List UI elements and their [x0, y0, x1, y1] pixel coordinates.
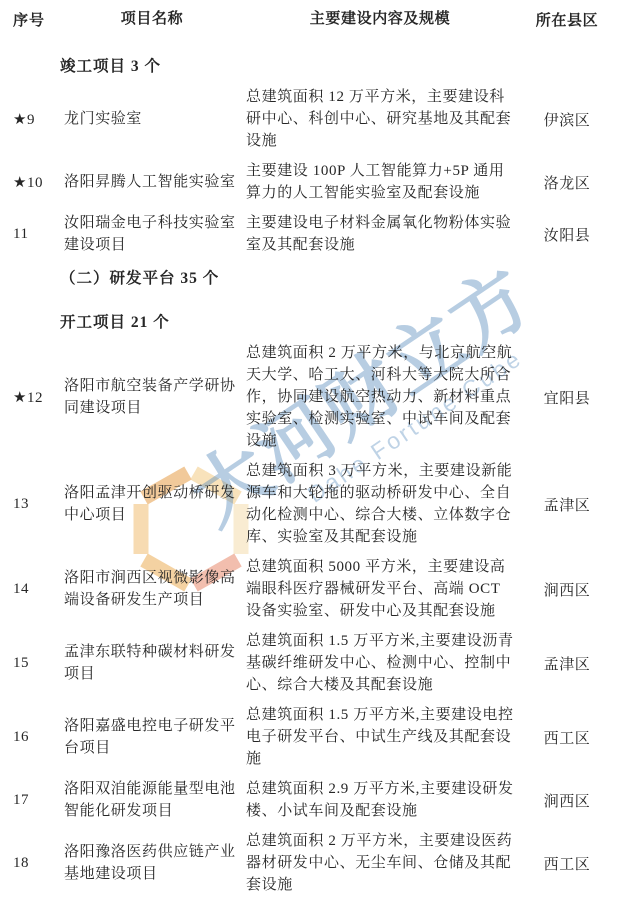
- district-cell: 西工区: [514, 853, 620, 874]
- district-cell: 宜阳县: [514, 387, 620, 408]
- table-row: 15 孟津东联特种碳材料研发项目 总建筑面积 1.5 万平方米,主要建设沥青基碳…: [0, 626, 620, 700]
- table-row: 14 洛阳市涧西区视微影像高端设备研发生产项目 总建筑面积 5000 平方米，主…: [0, 552, 620, 626]
- district-cell: 孟津区: [514, 653, 620, 674]
- table-row: ★9 龙门实验室 总建筑面积 12 万平方米，主要建设科研中心、科创中心、研究基…: [0, 82, 620, 156]
- serial-cell: 14: [0, 581, 58, 598]
- project-name-cell: 洛阳双洎能源能量型电池智能化研发项目: [58, 778, 246, 822]
- table-row: 16 洛阳嘉盛电控电子研发平台项目 总建筑面积 1.5 万平方米,主要建设电控电…: [0, 700, 620, 774]
- serial-cell: 11: [0, 226, 58, 243]
- serial-cell: ★12: [0, 388, 58, 407]
- district-cell: 涧西区: [514, 579, 620, 600]
- serial-cell: 18: [0, 855, 58, 872]
- table-row: 17 洛阳双洎能源能量型电池智能化研发项目 总建筑面积 2.9 万平方米,主要建…: [0, 774, 620, 826]
- serial-cell: 16: [0, 729, 58, 746]
- district-cell: 西工区: [514, 727, 620, 748]
- project-name-cell: 洛阳孟津开创驱动桥研发中心项目: [58, 482, 246, 526]
- project-name-cell: 洛阳市航空装备产学研协同建设项目: [58, 375, 246, 419]
- projects-table: 序号 项目名称 主要建设内容及规模 所在县区 竣工项目 3 个 ★9 龙门实验室…: [0, 0, 620, 900]
- project-name-cell: 孟津东联特种碳材料研发项目: [58, 641, 246, 685]
- column-header-content: 主要建设内容及规模: [246, 9, 514, 29]
- column-header-district: 所在县区: [514, 9, 620, 30]
- serial-cell: ★9: [0, 110, 58, 129]
- district-cell: 汝阳县: [514, 224, 620, 245]
- project-name-cell: 洛阳豫洛医药供应链产业基地建设项目: [58, 841, 246, 885]
- column-header-serial: 序号: [0, 9, 58, 30]
- district-cell: 洛龙区: [514, 172, 620, 193]
- project-name-cell: 洛阳市涧西区视微影像高端设备研发生产项目: [58, 567, 246, 611]
- project-name-cell: 龙门实验室: [58, 108, 246, 130]
- project-name-cell: 洛阳昇腾人工智能实验室: [58, 171, 246, 193]
- table-row: ★12 洛阳市航空装备产学研协同建设项目 总建筑面积 2 万平方米，与北京航空航…: [0, 338, 620, 456]
- section-heading-rd-platform: （二）研发平台 35 个: [60, 268, 620, 290]
- construction-content-cell: 总建筑面积 1.5 万平方米,主要建设沥青基碳纤维研发中心、检测中心、控制中心、…: [246, 630, 514, 696]
- table-row: 11 汝阳瑞金电子科技实验室建设项目 主要建设电子材料金属氧化物粉体实验室及其配…: [0, 208, 620, 260]
- construction-content-cell: 总建筑面积 1.5 万平方米,主要建设电控电子研发平台、中试生产线及其配套设施: [246, 704, 514, 770]
- project-name-cell: 汝阳瑞金电子科技实验室建设项目: [58, 212, 246, 256]
- section-heading-started: 开工项目 21 个: [60, 312, 620, 334]
- table-row: ★10 洛阳昇腾人工智能实验室 主要建设 100P 人工智能算力+5P 通用算力…: [0, 156, 620, 208]
- table-row: 18 洛阳豫洛医药供应链产业基地建设项目 总建筑面积 2 万平方米，主要建设医药…: [0, 826, 620, 900]
- district-cell: 涧西区: [514, 790, 620, 811]
- document-page: 大河财立方 Dahe Fortune Cube 序号 项目名称 主要建设内容及规…: [0, 0, 620, 903]
- district-cell: 孟津区: [514, 494, 620, 515]
- serial-cell: 13: [0, 496, 58, 513]
- construction-content-cell: 总建筑面积 2 万平方米，与北京航空航天大学、哈工大、河科大等大院大所合作，协同…: [246, 342, 514, 452]
- serial-cell: ★10: [0, 173, 58, 192]
- construction-content-cell: 总建筑面积 3 万平方米，主要建设新能源车和大轮拖的驱动桥研发中心、全自动化检测…: [246, 460, 514, 548]
- table-row: 13 洛阳孟津开创驱动桥研发中心项目 总建筑面积 3 万平方米，主要建设新能源车…: [0, 456, 620, 552]
- section-heading-completed: 竣工项目 3 个: [60, 56, 620, 78]
- construction-content-cell: 主要建设电子材料金属氧化物粉体实验室及其配套设施: [246, 212, 514, 256]
- district-cell: 伊滨区: [514, 109, 620, 130]
- construction-content-cell: 总建筑面积 12 万平方米，主要建设科研中心、科创中心、研究基地及其配套设施: [246, 86, 514, 152]
- serial-cell: 17: [0, 792, 58, 809]
- column-header-name: 项目名称: [58, 9, 246, 29]
- construction-content-cell: 总建筑面积 2.9 万平方米,主要建设研发楼、小试车间及配套设施: [246, 778, 514, 822]
- construction-content-cell: 总建筑面积 5000 平方米，主要建设高端眼科医疗器械研发平台、高端 OCT 设…: [246, 556, 514, 622]
- serial-cell: 15: [0, 655, 58, 672]
- construction-content-cell: 主要建设 100P 人工智能算力+5P 通用算力的人工智能实验室及配套设施: [246, 160, 514, 204]
- project-name-cell: 洛阳嘉盛电控电子研发平台项目: [58, 715, 246, 759]
- table-header-row: 序号 项目名称 主要建设内容及规模 所在县区: [0, 9, 620, 30]
- construction-content-cell: 总建筑面积 2 万平方米，主要建设医药器材研发中心、无尘车间、仓储及其配套设施: [246, 830, 514, 896]
